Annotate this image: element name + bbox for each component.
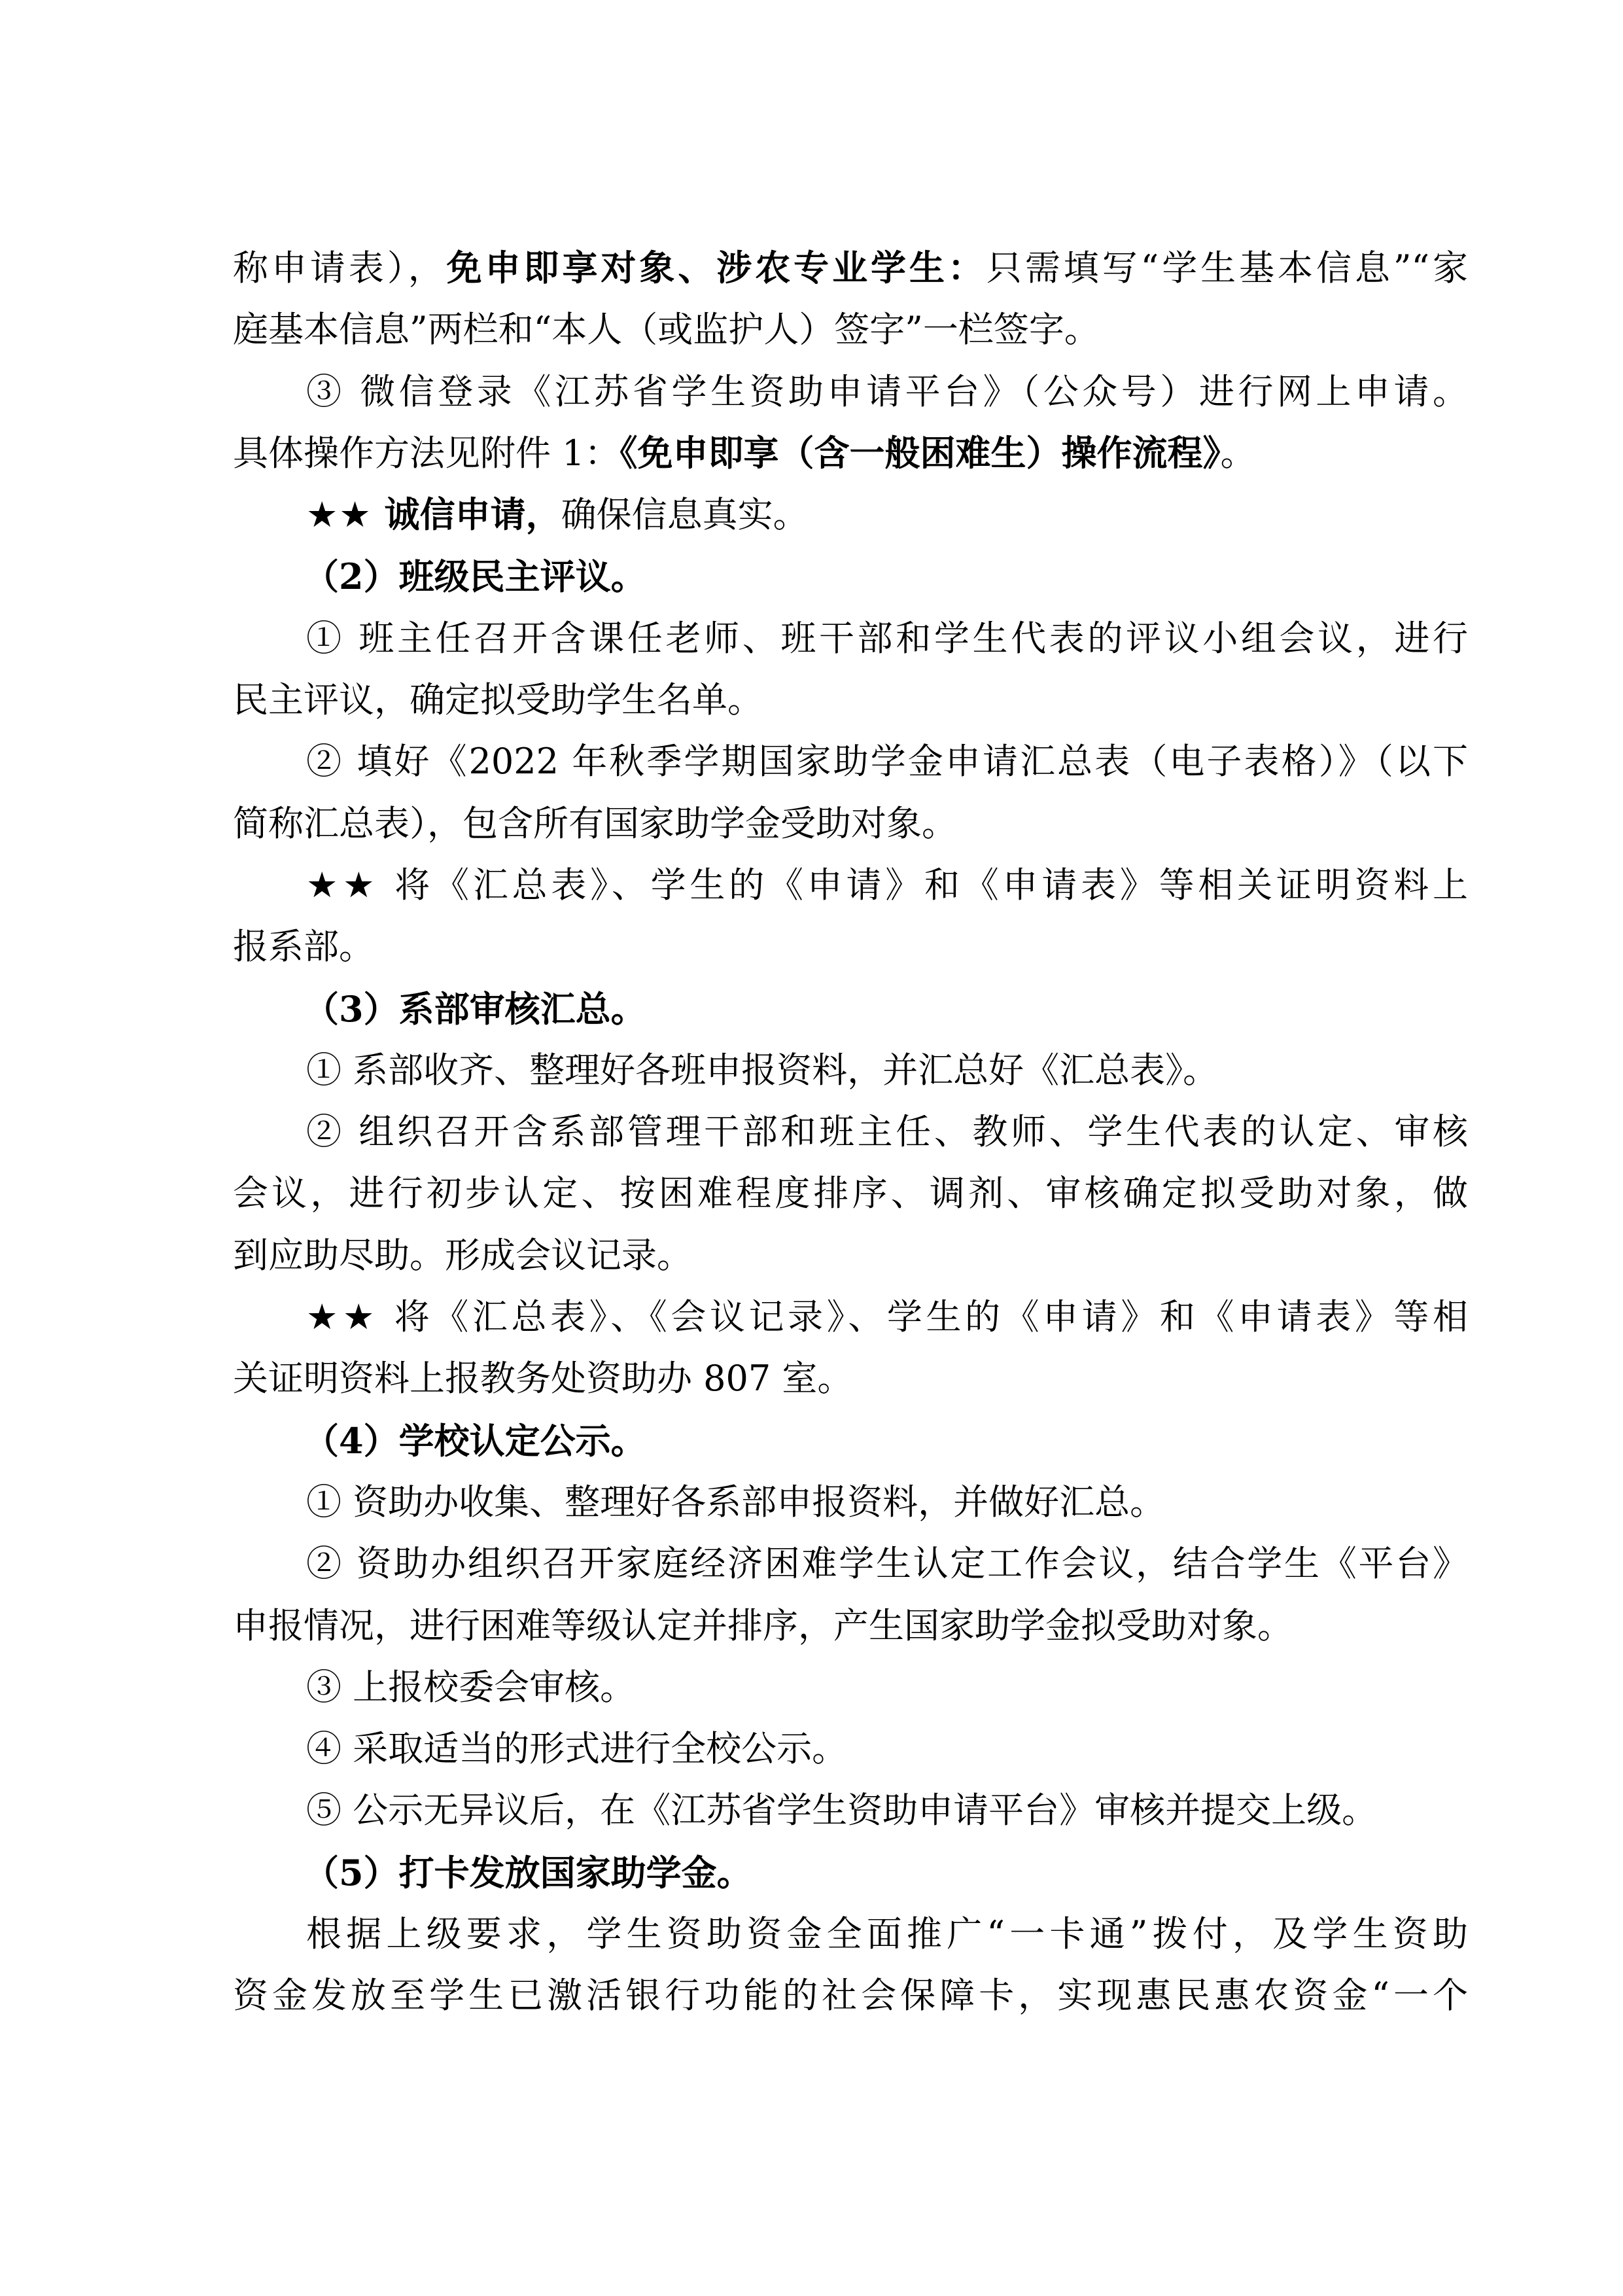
text: 只需填写“学生基本信息”“家 [986,247,1468,289]
paragraph-line: ★★ 将《汇总表》、《会议记录》、学生的《申请》和《申请表》等相 [233,1296,1468,1358]
text: 确保信息真实。 [561,494,809,535]
paragraph-line: ② 填好《2022 年秋季学期国家助学金申请汇总表（电子表格）》（以下 [233,741,1468,802]
bold-text: 诚信申请， [372,494,561,535]
paragraph-line: 庭基本信息”两栏和“本人（或监护人）签字”一栏签字。 [233,309,1468,370]
paragraph-line: 资金发放至学生已激活银行功能的社会保障卡，实现惠民惠农资金“一个 [233,1975,1468,2036]
text: 资金发放至学生已激活银行功能的社会保障卡，实现惠民惠农资金“一个 [233,1975,1468,2016]
heading-text: （4）学校认定公示。 [304,1420,646,1462]
text: ③ 上报校委会审核。 [306,1667,635,1708]
paragraph-line: 关证明资料上报教务处资助办 807 室。 [233,1358,1468,1419]
document-page: 称申请表），免申即享对象、涉农专业学生：只需填写“学生基本信息”“家 庭基本信息… [233,247,1468,2037]
text: 到应助尽助。形成会议记录。 [233,1235,692,1276]
bold-text: 免申即享对象、涉农专业学生： [447,247,986,289]
text: ① 班主任召开含课任老师、班干部和学生代表的评议小组会议，进行 [306,618,1468,659]
paragraph-line: 民主评议，确定拟受助学生名单。 [233,679,1468,741]
text: ② 资助办组织召开家庭经济困难学生认定工作会议，结合学生《平台》 [306,1543,1468,1584]
paragraph-line: 根据上级要求，学生资助资金全面推广“一卡通”拨付，及学生资助 [233,1913,1468,1975]
paragraph-line: ② 组织召开含系部管理干部和班主任、教师、学生代表的认定、审核 [233,1111,1468,1173]
text: ⑤ 公示无异议后，在《江苏省学生资助申请平台》审核并提交上级。 [306,1790,1377,1831]
star-icon: ★★ [306,864,379,906]
text: 简称汇总表），包含所有国家助学金受助对象。 [233,803,957,844]
text: ④ 采取适当的形式进行全校公示。 [306,1728,847,1769]
paragraph-line: ④ 采取适当的形式进行全校公示。 [233,1728,1468,1790]
paragraph-line: ★★ 将《汇总表》、学生的《申请》和《申请表》等相关证明资料上 [233,864,1468,926]
text: 将《汇总表》、学生的《申请》和《申请表》等相关证明资料上 [379,864,1468,906]
section-heading: （3）系部审核汇总。 [233,988,1468,1050]
text: 报系部。 [233,926,374,967]
section-heading: （4）学校认定公示。 [233,1420,1468,1481]
text: 根据上级要求，学生资助资金全面推广“一卡通”拨付，及学生资助 [306,1913,1468,1954]
heading-text: （5）打卡发放国家助学金。 [304,1852,752,1894]
text: ① 系部收齐、整理好各班申报资料，并汇总好《汇总表》。 [306,1050,1218,1091]
paragraph-line: 到应助尽助。形成会议记录。 [233,1235,1468,1296]
text: 庭基本信息”两栏和“本人（或监护人）签字”一栏签字。 [233,309,1100,350]
paragraph-line: 申报情况，进行困难等级认定并排序，产生国家助学金拟受助对象。 [233,1605,1468,1667]
heading-text: （3）系部审核汇总。 [304,988,646,1030]
paragraph-line: 报系部。 [233,926,1468,987]
star-icon: ★★ [306,494,372,535]
text: 。 [1221,433,1256,474]
section-heading: （2）班级民主评议。 [233,556,1468,617]
paragraph-line: ① 系部收齐、整理好各班申报资料，并汇总好《汇总表》。 [233,1050,1468,1111]
text: 民主评议，确定拟受助学生名单。 [233,679,763,720]
paragraph-line: 具体操作方法见附件 1：《免申即享（含一般困难生）操作流程》。 [233,433,1468,494]
paragraph-line: 称申请表），免申即享对象、涉农专业学生：只需填写“学生基本信息”“家 [233,247,1468,309]
paragraph-line: ① 资助办收集、整理好各系部申报资料，并做好汇总。 [233,1481,1468,1543]
text: ② 填好《2022 年秋季学期国家助学金申请汇总表（电子表格）》（以下 [306,741,1468,782]
star-icon: ★★ [306,1296,379,1337]
paragraph-line: 会议，进行初步认定、按困难程度排序、调剂、审核确定拟受助对象，做 [233,1173,1468,1234]
text: ① 资助办收集、整理好各系部申报资料，并做好汇总。 [306,1481,1165,1523]
paragraph-line: ③ 上报校委会审核。 [233,1667,1468,1728]
paragraph-line: ⑤ 公示无异议后，在《江苏省学生资助申请平台》审核并提交上级。 [233,1790,1468,1851]
text: ② 组织召开含系部管理干部和班主任、教师、学生代表的认定、审核 [306,1111,1468,1152]
text: 具体操作方法见附件 1： [233,433,620,474]
text: 关证明资料上报教务处资助办 807 室。 [233,1358,852,1399]
section-heading: （5）打卡发放国家助学金。 [233,1852,1468,1913]
paragraph-line: ★★ 诚信申请，确保信息真实。 [233,494,1468,556]
heading-text: （2）班级民主评议。 [304,556,646,597]
text: 将《汇总表》、《会议记录》、学生的《申请》和《申请表》等相 [379,1296,1468,1337]
bold-text: 《免申即享（含一般困难生）操作流程》 [620,433,1221,474]
text: 称申请表）， [233,247,447,289]
paragraph-line: ② 资助办组织召开家庭经济困难学生认定工作会议，结合学生《平台》 [233,1543,1468,1604]
paragraph-line: 简称汇总表），包含所有国家助学金受助对象。 [233,803,1468,864]
text: 会议，进行初步认定、按困难程度排序、调剂、审核确定拟受助对象，做 [233,1173,1468,1214]
text: 申报情况，进行困难等级认定并排序，产生国家助学金拟受助对象。 [233,1605,1293,1646]
paragraph-line: ① 班主任召开含课任老师、班干部和学生代表的评议小组会议，进行 [233,618,1468,679]
paragraph-line: ③ 微信登录《江苏省学生资助申请平台》（公众号）进行网上申请。 [233,371,1468,433]
text: ③ 微信登录《江苏省学生资助申请平台》（公众号）进行网上申请。 [306,371,1468,412]
